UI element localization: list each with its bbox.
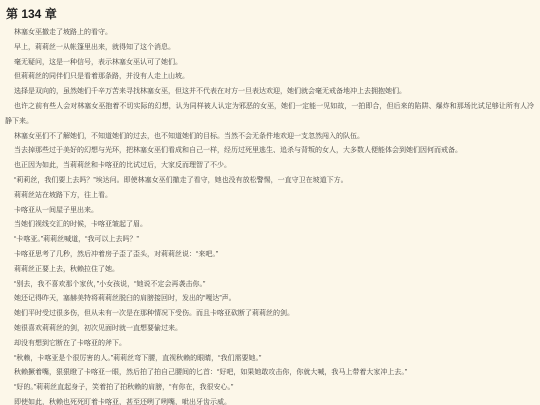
paragraph: “莉莉丝，我们要上去吗？”埃达问。即使林塞女巫们撤走了看守，她也没有放松警惕，一… [5,174,534,189]
paragraph: 她很喜欢莉莉丝的剑，初次见面时就一直想要偷过来。 [5,322,534,337]
paragraph: “秋赖，卡喀亚是个很厉害的人。”莉莉丝弯下腰，直视秋赖的眼睛，“我们需要她。” [5,352,534,367]
paragraph: 当她们视线交汇的时候，卡喀亚皱起了眉。 [5,218,534,233]
paragraph: “好的。”莉莉丝直起身子，笑着拍了拍秋赖的肩膀，“有你在，我很安心。” [5,381,534,396]
paragraph: 但莉莉丝的同伴们只是看着那条路，并没有人走上山坡。 [5,70,534,85]
paragraph: 却没有想到它断在了卡喀亚的斧下。 [5,337,534,352]
paragraph: 秋赖撅着嘴，狠狠瞪了卡喀亚一眼，然后拍了拍自己腰间的匕首：“好吧，如果她敢攻击你… [5,366,534,381]
chapter-body: 林塞女巫撤走了坡路上的看守。早上，莉莉丝一从帐篷里出来，就得知了这个消息。毫无疑… [5,26,534,405]
paragraph: 也许之前有些人会对林塞女巫抱着不切实际的幻想，认为同样被人认定为邪恶的女巫，她们… [5,100,534,130]
paragraph: 林塞女巫撤走了坡路上的看守。 [5,26,534,41]
paragraph: 莉莉丝正要上去，秋赖拉住了她。 [5,263,534,278]
paragraph: 选择是双向的，虽然她们千辛万苦来寻找林塞女巫，但这并不代表在对方一旦表达欢迎，她… [5,85,534,100]
paragraph: “别去，我不喜欢那个家伙，”小女孩说，“她说不定会再袭击你。” [5,278,534,293]
paragraph: 也正因为如此，当莉莉丝和卡喀亚的比试过后，大家反而理智了不少。 [5,159,534,174]
paragraph: 毫无疑问，这是一种信号，表示林塞女巫认可了她们。 [5,56,534,71]
chapter-title: 第 134 章 [6,7,534,22]
paragraph: 莉莉丝站在坡路下方，往上看。 [5,189,534,204]
paragraph: 林塞女巫们不了解她们，不知道她们的过去，也不知道她们的目标。当然不会无条件地欢迎… [5,130,534,145]
paragraph: 她还记得昨天，塞赫美特将莉莉丝脱臼的肩膀接回时，发出的“嘎达”声。 [5,292,534,307]
paragraph: 卡喀亚从一间屋子里出来。 [5,204,534,219]
paragraph: “卡喀亚。”莉莉丝喊道，“我可以上去吗？” [5,233,534,248]
novel-reader-page: 第 134 章 林塞女巫撤走了坡路上的看守。早上，莉莉丝一从帐篷里出来，就得知了… [0,0,540,405]
paragraph: 当去掉那些过于美好的幻想与光环，把林塞女巫们看成和自己一样，经历过死里逃生、追杀… [5,144,534,159]
paragraph: 她们平时受过很多伤，但从未有一次是在那种情况下受伤。而且卡喀亚砍断了莉莉丝的剑。 [5,307,534,322]
paragraph: 早上，莉莉丝一从帐篷里出来，就得知了这个消息。 [5,41,534,56]
paragraph: 卡喀亚思考了几秒，然后冲着房子歪了歪头，对莉莉丝说：“来吧。” [5,248,534,263]
paragraph: 即使如此，秋赖也死死盯着卡喀亚，甚至还咧了咧嘴，呲出牙齿示威。 [5,396,534,405]
